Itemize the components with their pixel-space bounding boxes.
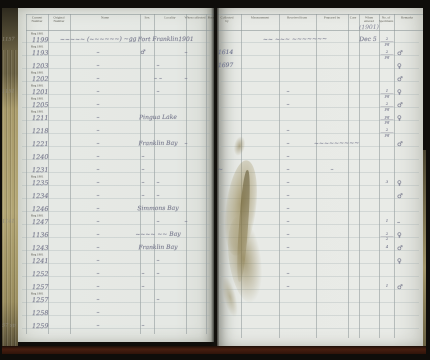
register-row: –♂ (217, 192, 423, 205)
original-number: 1221 (32, 141, 62, 148)
locality-entry: Franklin Bay (130, 245, 186, 252)
register-row: ♀ (217, 257, 423, 270)
received-from-entry: – (263, 128, 313, 135)
register-row: 1243–Franklin Bay (18, 244, 214, 257)
book-gutter-shadow (211, 8, 219, 346)
column-header: Locality (160, 16, 181, 19)
register-row: ~–– (217, 166, 423, 179)
name-entry: – (60, 193, 136, 200)
register-row: Reg 19011202–– –– (18, 75, 214, 88)
received-from-entry: – (263, 219, 313, 226)
name-entry: – (60, 206, 136, 213)
original-number: 1211 (32, 115, 62, 122)
register-row: Reg 19011193–♂– (18, 49, 214, 62)
remarks-entry: ♂ (397, 245, 417, 252)
register-row: 1221–Franklin Bay– (18, 140, 214, 153)
column-header: Remarks (397, 16, 418, 19)
specimen-count-entry: 1 (381, 219, 394, 223)
locality-entry: ~~~~ ~~ Bay (130, 232, 186, 239)
register-row: –2yg (217, 127, 423, 140)
locality-entry: – (130, 180, 186, 187)
name-entry: ~~~~~ (~~~~~~) ~gg (60, 37, 136, 44)
register-row: 1257–– (18, 283, 214, 296)
register-row: 1240–– (18, 153, 214, 166)
specimen-count-entry: 4 (381, 245, 394, 249)
when-collected-entry: – (170, 76, 202, 82)
register-stamp: Reg 1901 (31, 97, 43, 100)
margin-note: 1141 (2, 219, 13, 224)
name-entry: – (60, 245, 136, 252)
name-entry: – (60, 271, 136, 278)
name-entry: – (60, 141, 136, 148)
register-row: 1697♀ (217, 62, 423, 75)
original-number: 1136 (32, 232, 62, 239)
register-row: –♂4 (217, 244, 423, 257)
received-from-entry: – (263, 154, 313, 161)
register-stamp: Reg 1901 (31, 45, 43, 48)
received-from-entry: – (263, 206, 313, 213)
register-row: 1141Reg 19011247––– (18, 218, 214, 231)
right-page: Collected byMeasurementReceived fromPrep… (217, 8, 423, 346)
register-row (217, 296, 423, 309)
when-collected-entry: 1901 (170, 37, 202, 43)
header-rule (217, 30, 423, 31)
original-number: 1252 (32, 271, 62, 278)
register-row: – (217, 270, 423, 283)
original-number: 1202 (32, 76, 62, 83)
specimen-count-entry: 1 (381, 284, 394, 288)
remarks-entry: – (397, 219, 417, 226)
locality-entry: – (130, 63, 186, 70)
original-number: 1205 (32, 102, 62, 109)
locality-entry: – (130, 297, 186, 304)
register-row: ~~ ~~~ ~~~~~~~Dec 52yg (217, 36, 423, 49)
when-collected-entry: – (170, 50, 202, 56)
register-stamp: Reg 1901 (31, 71, 43, 74)
register-row: 1218– (18, 127, 214, 140)
name-entry: – (60, 63, 136, 70)
register-row: 1246–Simmons Bay (18, 205, 214, 218)
received-from-entry: – (263, 271, 313, 278)
remarks-entry: ♀ (397, 232, 417, 239)
column-header: Collected by (219, 16, 236, 23)
name-entry: – (60, 219, 136, 226)
column-header: Sex (141, 16, 154, 19)
original-number: 1201 (32, 89, 62, 96)
column-header: Prepared by (321, 16, 344, 19)
remarks-entry: ♂ (397, 102, 417, 109)
specimen-count-entry: 2yg (381, 50, 394, 59)
register-row: Reg 19011241–– (18, 257, 214, 270)
year-annotation: (1901) (357, 24, 381, 32)
remarks-entry: ♂ (397, 76, 417, 83)
collected-by-entry: 1697 (218, 63, 238, 69)
register-row: Reg 19011211–Pingua Lake (18, 114, 214, 127)
name-entry: – (60, 323, 136, 330)
register-stamp: Reg 1901 (31, 84, 43, 87)
received-from-entry: – (263, 245, 313, 252)
received-from-entry: – (263, 180, 313, 187)
sex-entry: ♂ (134, 50, 152, 56)
register-row: Reg 19011257–– (18, 296, 214, 309)
specimen-count-entry: 2yg (381, 128, 394, 137)
column-header: Measurement (246, 16, 274, 19)
register-row: 1258– (18, 309, 214, 322)
register-row: –♂1 (217, 283, 423, 296)
received-from-entry: – (263, 232, 313, 239)
remarks-entry: ♀ (397, 180, 417, 187)
locality-entry: Simmons Bay (130, 206, 186, 213)
register-row (217, 309, 423, 322)
column-header: No. of Specimens (378, 16, 395, 23)
remarks-entry: ♀ (397, 89, 417, 96)
register-stamp: Reg 1901 (31, 214, 43, 217)
name-entry: – (60, 258, 136, 265)
remarks-entry: ♂ (397, 141, 417, 148)
received-from-entry: – (263, 89, 313, 96)
column-header: Original Number (49, 16, 68, 23)
received-from-entry: – (263, 284, 313, 291)
register-stamp: Reg 1901 (31, 292, 43, 295)
original-number: 1247 (32, 219, 62, 226)
received-from-entry: – (263, 141, 313, 148)
name-entry: – (60, 89, 136, 96)
column-header: Received from (285, 16, 309, 19)
when-collected-entry: – (170, 141, 202, 147)
name-entry: – (60, 180, 136, 187)
received-from-entry: – (263, 193, 313, 200)
sex-entry: – (134, 284, 152, 290)
register-row: 1234––– (18, 192, 214, 205)
register-row: 1136–~~~~ ~~ Bay (18, 231, 214, 244)
original-number: 1240 (32, 154, 62, 161)
original-number: 1231 (32, 167, 62, 174)
sex-entry: – (134, 167, 152, 173)
prepared-by-entry: – (314, 167, 350, 173)
name-entry: – (60, 115, 136, 122)
register-row (217, 322, 423, 335)
register-row: 1151Reg 19011201–– (18, 88, 214, 101)
received-from-entry: – (263, 167, 313, 174)
specimen-count-entry: 22 (381, 232, 394, 241)
original-number: 1218 (32, 128, 62, 135)
name-entry: – (60, 232, 136, 239)
register-row: 1203–– (18, 62, 214, 75)
margin-note: 57 sp (2, 323, 13, 328)
prepared-by-entry: ~~~~~~~~~ (314, 141, 350, 147)
locality-entry: – (130, 89, 186, 96)
register-row: –♀3 (217, 179, 423, 192)
register-row: Reg 19011235––– (18, 179, 214, 192)
name-entry: – (60, 284, 136, 291)
left-page: Current NumberOriginal NumberNameSexLoca… (18, 8, 214, 342)
sex-entry: – (134, 323, 152, 329)
collected-by-entry: 1614 (218, 50, 238, 56)
locality-entry: – (130, 271, 186, 278)
name-entry: – (60, 76, 136, 83)
original-number: 1235 (32, 180, 62, 187)
register-stamp: Reg 1901 (31, 253, 43, 256)
specimen-count-entry: 2yg (381, 102, 394, 111)
register-stamp: Reg 1901 (31, 175, 43, 178)
locality-entry: – (130, 258, 186, 265)
book-cover-bottom (2, 346, 426, 354)
register-row: –♀1yg (217, 88, 423, 101)
remarks-entry: ♀ (397, 63, 417, 70)
sex-entry: – (134, 154, 152, 160)
register-row: –~~~~~~~~~♂ (217, 140, 423, 153)
remarks-entry: ♂ (397, 50, 417, 57)
register-row: 1157Reg 19011199~~~~~ (~~~~~~) ~ggFort F… (18, 36, 214, 49)
original-number: 1193 (32, 50, 62, 57)
received-from-entry: – (263, 102, 313, 109)
margin-note: 1151 (2, 89, 13, 94)
margin-note: 1157 (2, 37, 13, 42)
register-row: ♂ (217, 75, 423, 88)
original-number: 1241 (32, 258, 62, 265)
name-entry: – (60, 310, 136, 317)
register-stamp: Reg 1901 (31, 32, 43, 35)
remarks-entry: ♀ (397, 258, 417, 265)
header-rule (217, 14, 423, 15)
original-number: 1199 (32, 37, 62, 44)
original-number: 1234 (32, 193, 62, 200)
when-collected-entry: – (170, 219, 202, 225)
column-header: When entered (361, 16, 378, 23)
ledger-scan: Current NumberOriginal NumberNameSexLoca… (0, 0, 430, 360)
locality-entry: Pingua Lake (130, 115, 186, 122)
remarks-entry: ♂ (397, 284, 417, 291)
original-number: 1246 (32, 206, 62, 213)
when-entered-entry: Dec 5 (357, 37, 379, 43)
original-number: 1257 (32, 297, 62, 304)
register-row: 57 sp1259–– (18, 322, 214, 335)
register-row: – (217, 205, 423, 218)
name-entry: – (60, 154, 136, 161)
original-number: 1243 (32, 245, 62, 252)
name-entry: – (60, 167, 136, 174)
remarks-entry: ♂ (397, 193, 417, 200)
register-row: –♀22 (217, 231, 423, 244)
original-number: 1258 (32, 310, 62, 317)
column-header: Current Number (27, 16, 46, 23)
column-header: Name (92, 16, 117, 19)
column-header: When collected (185, 16, 206, 19)
book-page-edges-top (2, 8, 18, 54)
name-entry: – (60, 297, 136, 304)
register-stamp: Reg 1901 (31, 110, 43, 113)
register-row: ♀ygyg (217, 114, 423, 127)
register-row: 1614♂2yg (217, 49, 423, 62)
register-row: – (217, 153, 423, 166)
register-row: 1252––– (18, 270, 214, 283)
specimen-count-entry: 1yg (381, 89, 394, 98)
register-row: ––1 (217, 218, 423, 231)
book-page-edges-left (2, 50, 18, 346)
received-from-entry: ~~ ~~~ ~~~~~~~ (263, 37, 313, 44)
name-entry: – (60, 50, 136, 57)
register-row: Reg 19011205– (18, 101, 214, 114)
register-row: –♂2yg (217, 101, 423, 114)
name-entry: – (60, 102, 136, 109)
collected-by-entry: ~ (218, 167, 238, 173)
remarks-entry: ♀ (397, 115, 417, 122)
original-number: 1203 (32, 63, 62, 70)
locality-entry: – (130, 193, 186, 200)
specimen-count-entry: 3 (381, 180, 394, 184)
original-number: 1257 (32, 284, 62, 291)
register-row: 1231–– (18, 166, 214, 179)
specimen-count-entry: ygyg (381, 115, 394, 124)
specimen-count-entry: 2yg (381, 37, 394, 46)
name-entry: – (60, 128, 136, 135)
original-number: 1259 (32, 323, 62, 330)
